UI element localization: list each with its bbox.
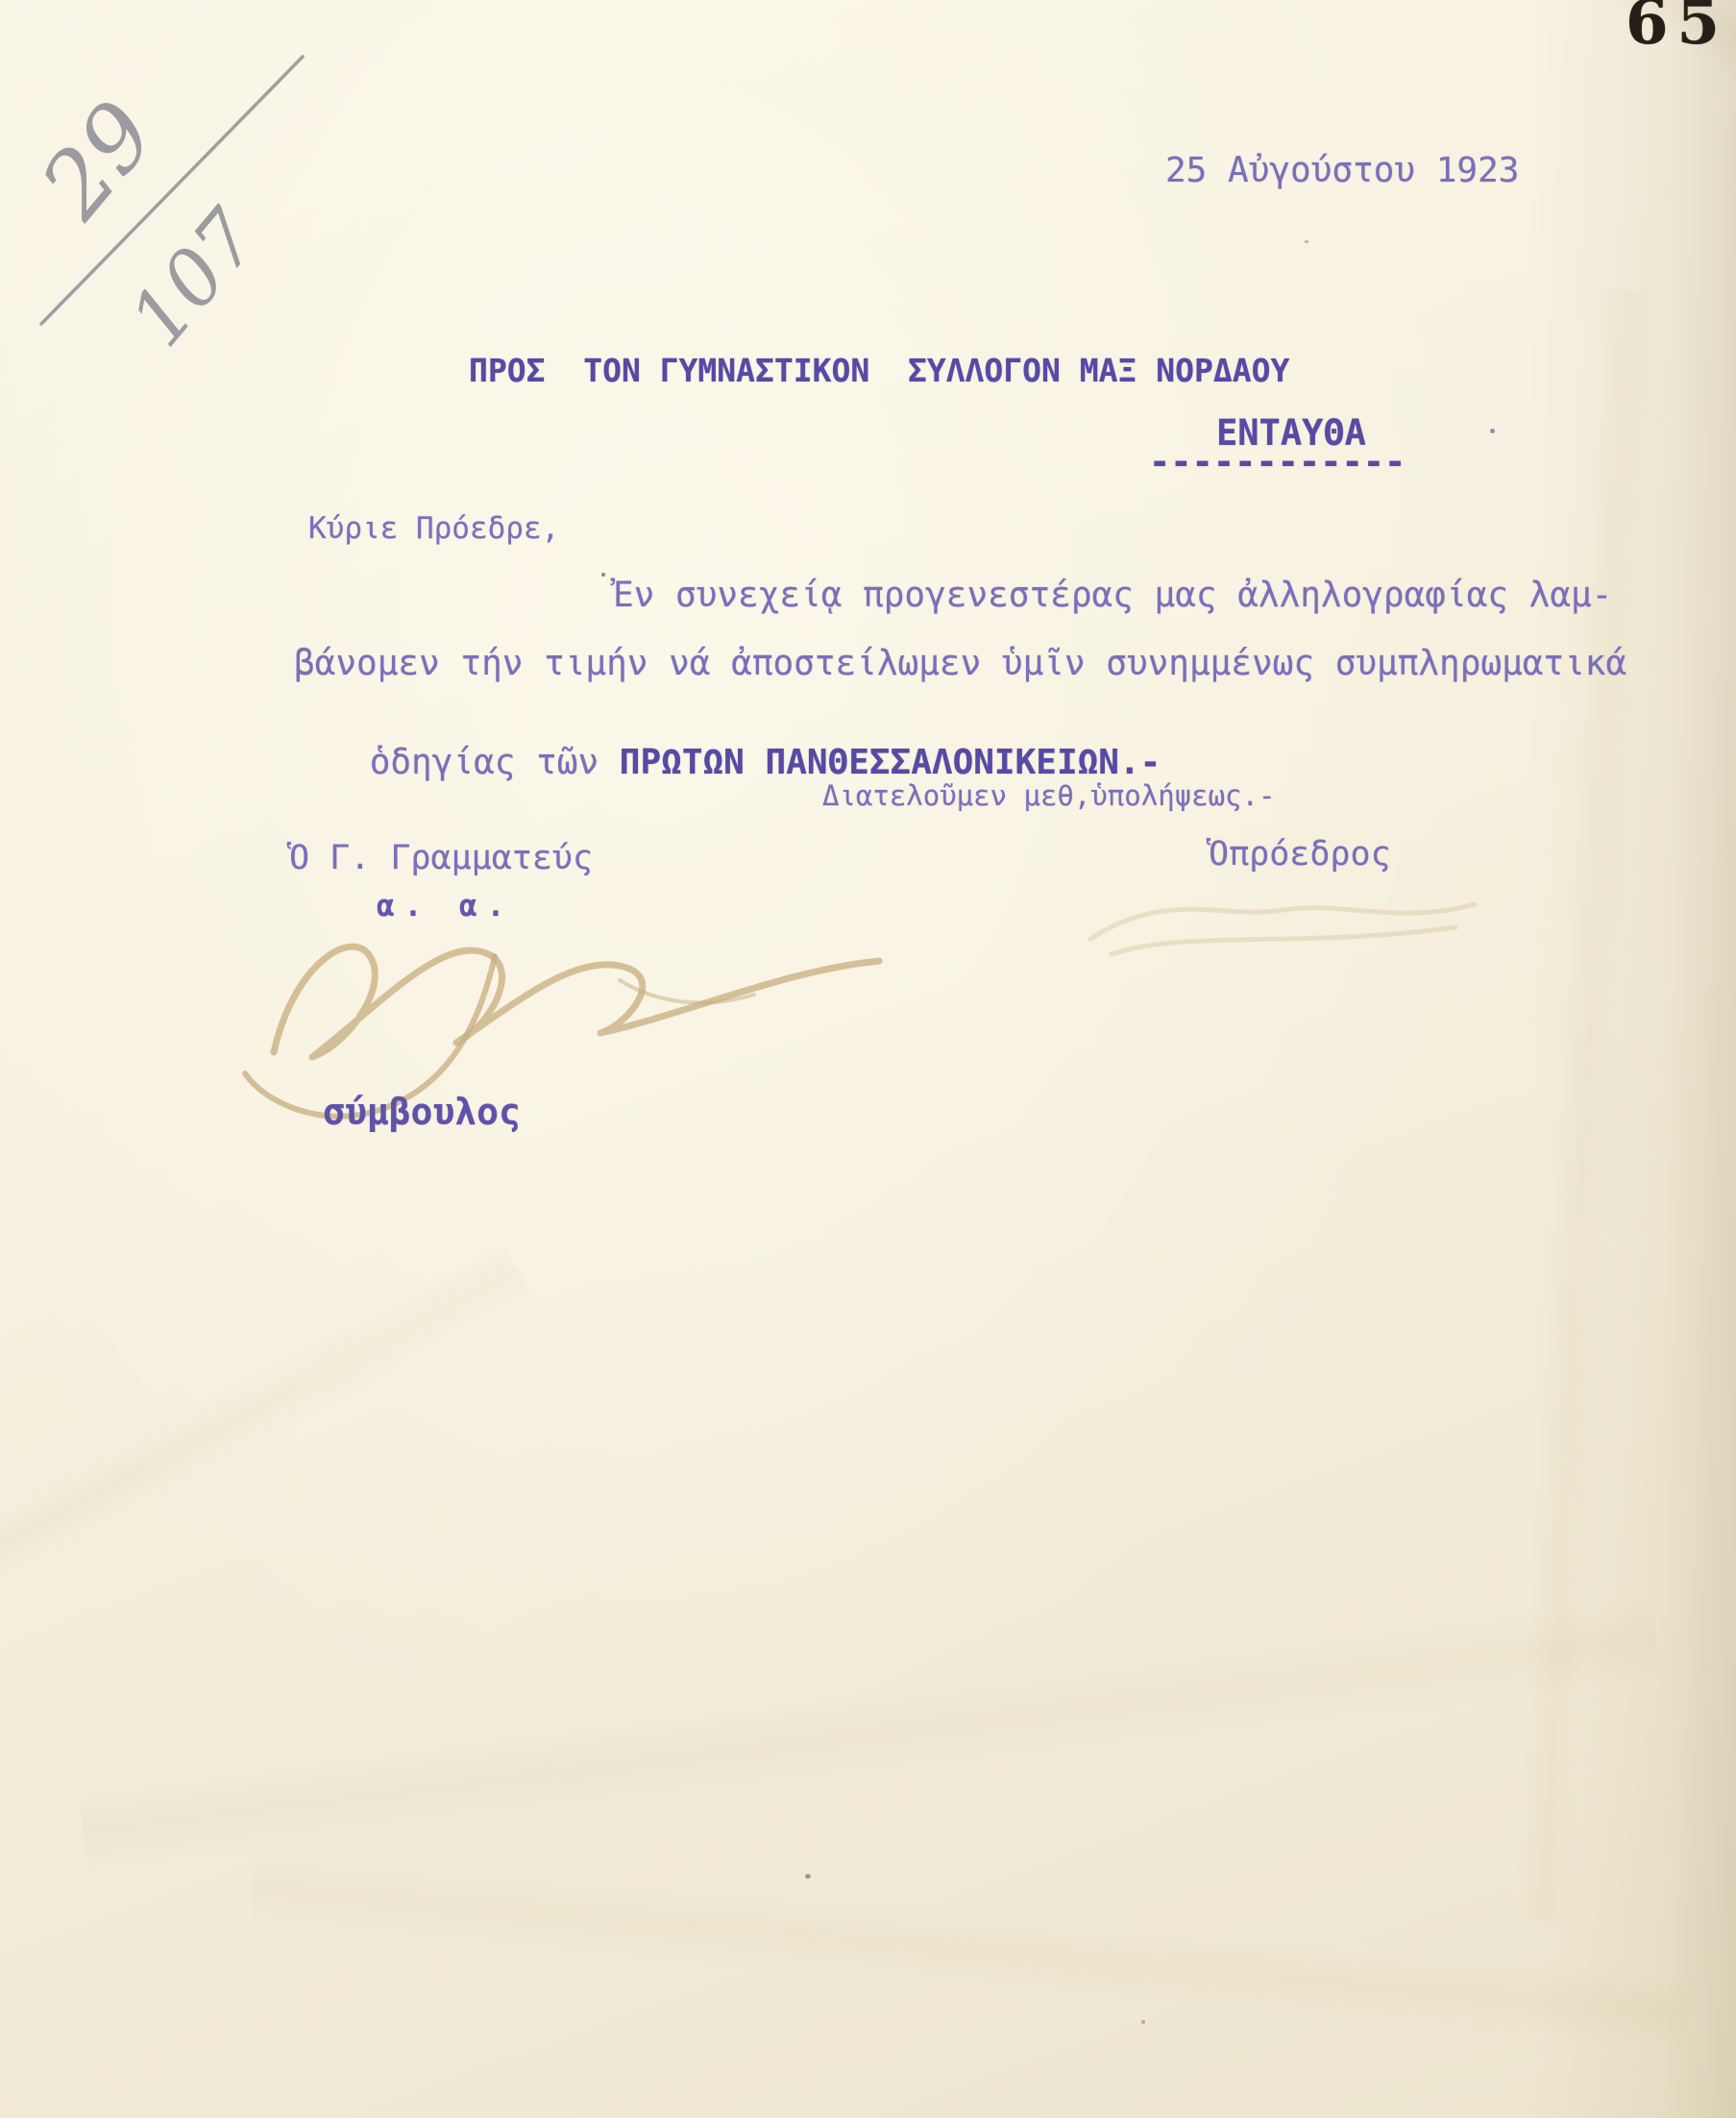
document-page: 65 29 107 25 Αὐγούστου 1923 ΠΡΟΣ ΤΟΝ ΓΥΜ… [0,0,1736,2118]
folio-number: 65 [1626,0,1728,54]
body-line-1: Ἐν συνεχείᾳ προγενεστέρας μας ἀλληλογραφ… [613,579,1612,613]
ink-speck [1490,429,1495,433]
paper-crease [78,1595,1662,1874]
paper-crease [249,1850,1691,2052]
pencil-number-top: 29 [21,83,176,238]
ink-speck [601,573,605,577]
body-line-2: βάνομεν τήν τιμήν νά ἀποστείλωμεν ὑμῖν σ… [294,647,1626,681]
ink-speck [1305,240,1308,243]
pencil-number-bottom: 107 [112,193,275,363]
president-signature [1052,870,1532,985]
divider-dashes: ------------ [1149,444,1406,480]
secretary-title: Ὁ Γ. Γραμματεύς [289,842,593,875]
body-line-3-emphasis: ΠΡΩΤΩΝ ΠΑΝΘΕΣΣΑΛΟΝΙΚΕΙΩΝ.- [620,743,1161,782]
closing-line: Διατελοῦμεν μεθ,ὑπολήψεως.- [822,782,1275,810]
pencil-archive-annotation: 29 107 [14,43,341,360]
date-line: 25 Αὐγούστου 1923 [1165,154,1519,188]
council-member-label: σύμβουλος [323,1094,521,1130]
paper-crease [1514,288,1657,1923]
president-title: Ὁπρόεδρος [1209,838,1391,872]
secretary-signature [207,889,937,1144]
ink-speck [1141,2020,1145,2024]
body-line-3-lead: ὁδηγίας τῶν [370,743,620,782]
paper-crease [0,1240,533,1614]
salutation: Κύριε Πρόεδρε, [308,514,559,544]
recipient-line-1: ΠΡΟΣ ΤΟΝ ΓΥΜΝΑΣΤΙΚΟΝ ΣΥΛΛΟΓΟΝ ΜΑΞ ΝΟΡΔΑΟ… [469,355,1289,386]
ink-speck [805,1874,811,1879]
